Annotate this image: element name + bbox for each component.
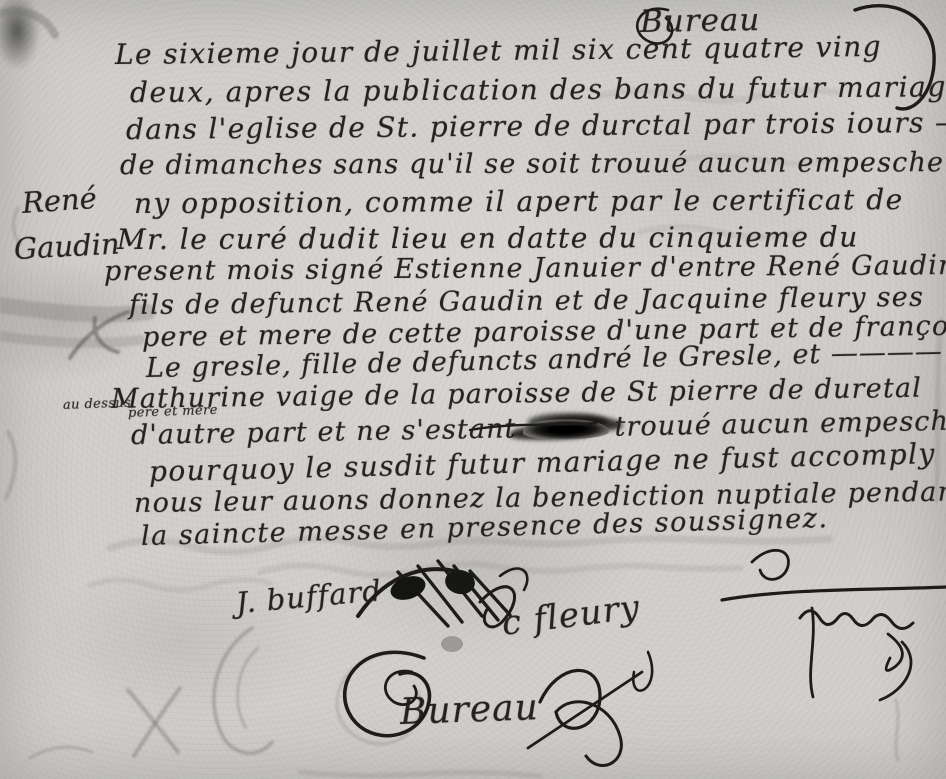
manuscript-page: Bureau René Gaudin Le sixieme jour de ju… — [0, 0, 946, 779]
flourish-layer — [0, 0, 946, 779]
grey-splotch — [441, 636, 463, 652]
header-bureau-loop — [637, 9, 672, 44]
scribble-blot — [358, 561, 527, 627]
strike-through — [470, 423, 596, 430]
header-bureau-paraph — [855, 6, 934, 109]
bureau-capital-flourish — [345, 652, 430, 735]
bureau-paraph — [528, 670, 642, 765]
signature-illegible — [722, 550, 946, 700]
